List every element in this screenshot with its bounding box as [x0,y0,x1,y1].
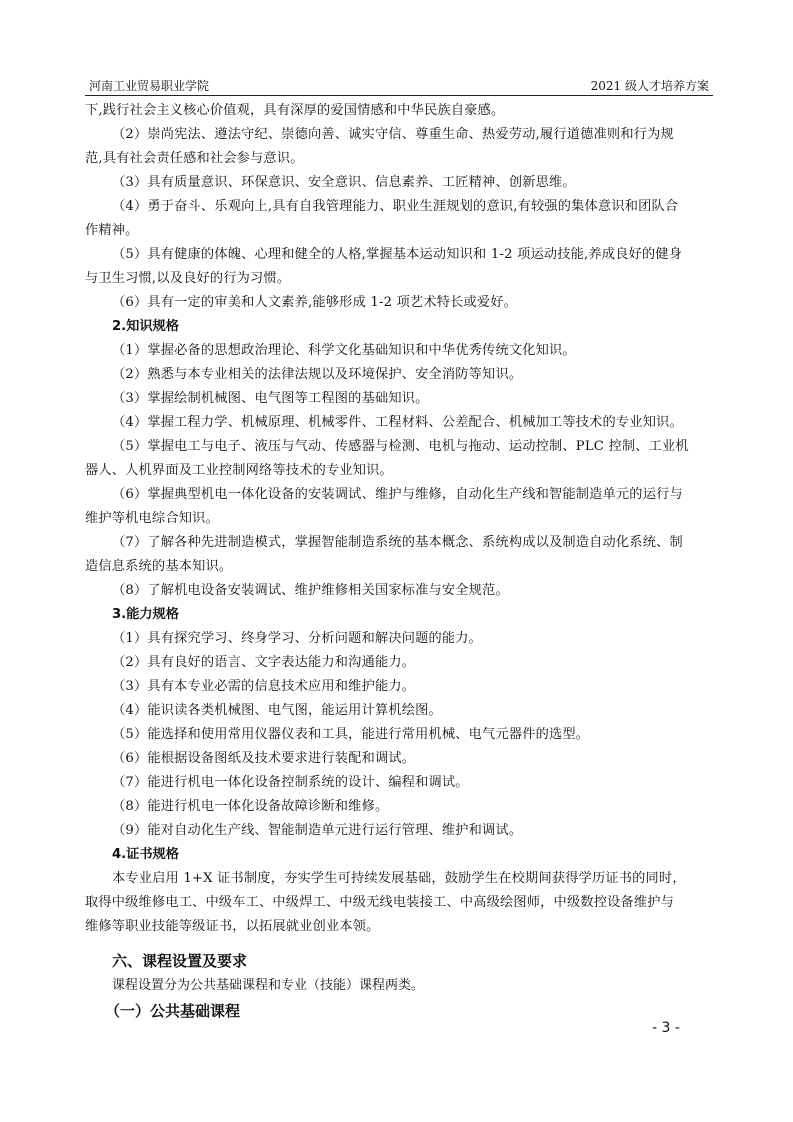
list-item-line: （4）勇于奋斗、乐观向上,具有自我管理能力、职业生涯规划的意识,有较强的集体意识… [85,195,713,219]
list-item-line: （6）能根据设备图纸及技术要求进行装配和调试。 [85,747,713,771]
list-item-line: （6）掌握典型机电一体化设备的安装调试、维护与维修，自动化生产线和智能制造单元的… [85,483,713,507]
list-item-line: （2）熟悉与本专业相关的法律法规以及环境保护、安全消防等知识。 [85,363,713,387]
list-item-line: （1）掌握必备的思想政治理论、科学文化基础知识和中华优秀传统文化知识。 [85,339,713,363]
list-item-line: （4）掌握工程力学、机械原理、机械零件、工程材料、公差配合、机械加工等技术的专业… [85,411,713,435]
paragraph-line: 维修等职业技能等级证书，以拓展就业创业本领。 [85,915,713,939]
paragraph-line: 范,具有社会责任感和社会参与意识。 [85,147,713,171]
list-item-line: （3）具有本专业必需的信息技术应用和维护能力。 [85,675,713,699]
ability-specs-heading: 3.能力规格 [85,603,713,627]
paragraph-line: 本专业启用 1+X 证书制度，夯实学生可持续发展基础，鼓励学生在校期间获得学历证… [85,867,713,891]
knowledge-specs-heading: 2.知识规格 [85,315,713,339]
paragraph-line: 取得中级维修电工、中级车工、中级焊工、中级无线电装接工、中高级绘图师，中级数控设… [85,891,713,915]
header-document-title: 2021 级人才培养方案 [591,77,709,94]
paragraph-line: 造信息系统的基本知识。 [85,555,713,579]
list-item-line: （5）能选择和使用常用仪器仪表和工具，能进行常用机械、电气元器件的选型。 [85,723,713,747]
list-item-line: （4）能识读各类机械图、电气图，能运用计算机绘图。 [85,699,713,723]
list-item-line: （9）能对自动化生产线、智能制造单元进行运行管理、维护和调试。 [85,819,713,843]
list-item-line: （2）具有良好的语言、文字表达能力和沟通能力。 [85,651,713,675]
page-number: - 3 - [652,1020,680,1036]
list-item-line: （1）具有探究学习、终身学习、分析问题和解决问题的能力。 [85,627,713,651]
page-header: 河南工业贸易职业学院 2021 级人才培养方案 [85,77,713,96]
paragraph-line: 器人、人机界面及工业控制网络等技术的专业知识。 [85,459,713,483]
certificate-specs-block: 4.证书规格 本专业启用 1+X 证书制度，夯实学生可持续发展基础，鼓励学生在校… [85,843,713,939]
public-basic-courses-heading: （一）公共基础课程 [85,997,713,1025]
list-item-line: （8）了解机电设备安装调试、维护维修相关国家标准与安全规范。 [85,579,713,603]
certificate-specs-heading: 4.证书规格 [85,843,713,867]
list-item-line: （3）具有质量意识、环保意识、安全意识、信息素养、工匠精神、创新思维。 [85,171,713,195]
course-section-block: 六、课程设置及要求 课程设置分为公共基础课程和专业（技能）课程两类。 （一）公共… [85,947,713,1025]
list-item-line: （5）掌握电工与电子、液压与气动、传感器与检测、电机与拖动、运动控制、PLC 控… [85,435,713,459]
quality-specs-block: 下,践行社会主义核心价值观，具有深厚的爱国情感和中华民族自豪感。 （2）崇尚宪法… [85,99,713,315]
list-item-line: （5）具有健康的体魄、心理和健全的人格,掌握基本运动知识和 1-2 项运动技能,… [85,243,713,267]
list-item-line: （7）能进行机电一体化设备控制系统的设计、编程和调试。 [85,771,713,795]
knowledge-specs-block: 2.知识规格 （1）掌握必备的思想政治理论、科学文化基础知识和中华优秀传统文化知… [85,315,713,603]
list-item-line: （7）了解各种先进制造模式，掌握智能制造系统的基本概念、系统构成以及制造自动化系… [85,531,713,555]
page-content: 下,践行社会主义核心价值观，具有深厚的爱国情感和中华民族自豪感。 （2）崇尚宪法… [85,99,713,1025]
list-item-line: （3）掌握绘制机械图、电气图等工程图的基础知识。 [85,387,713,411]
header-institution: 河南工业贸易职业学院 [89,77,209,94]
course-section-intro: 课程设置分为公共基础课程和专业（技能）课程两类。 [85,975,713,997]
paragraph-line: 下,践行社会主义核心价值观，具有深厚的爱国情感和中华民族自豪感。 [85,99,713,123]
paragraph-line: 与卫生习惯,以及良好的行为习惯。 [85,267,713,291]
course-section-heading: 六、课程设置及要求 [85,947,713,975]
list-item-line: （6）具有一定的审美和人文素养,能够形成 1-2 项艺术特长或爱好。 [85,291,713,315]
list-item-line: （2）崇尚宪法、遵法守纪、崇德向善、诚实守信、尊重生命、热爱劳动,履行道德准则和… [85,123,713,147]
paragraph-line: 作精神。 [85,219,713,243]
ability-specs-block: 3.能力规格 （1）具有探究学习、终身学习、分析问题和解决问题的能力。 （2）具… [85,603,713,843]
paragraph-line: 维护等机电综合知识。 [85,507,713,531]
list-item-line: （8）能进行机电一体化设备故障诊断和维修。 [85,795,713,819]
